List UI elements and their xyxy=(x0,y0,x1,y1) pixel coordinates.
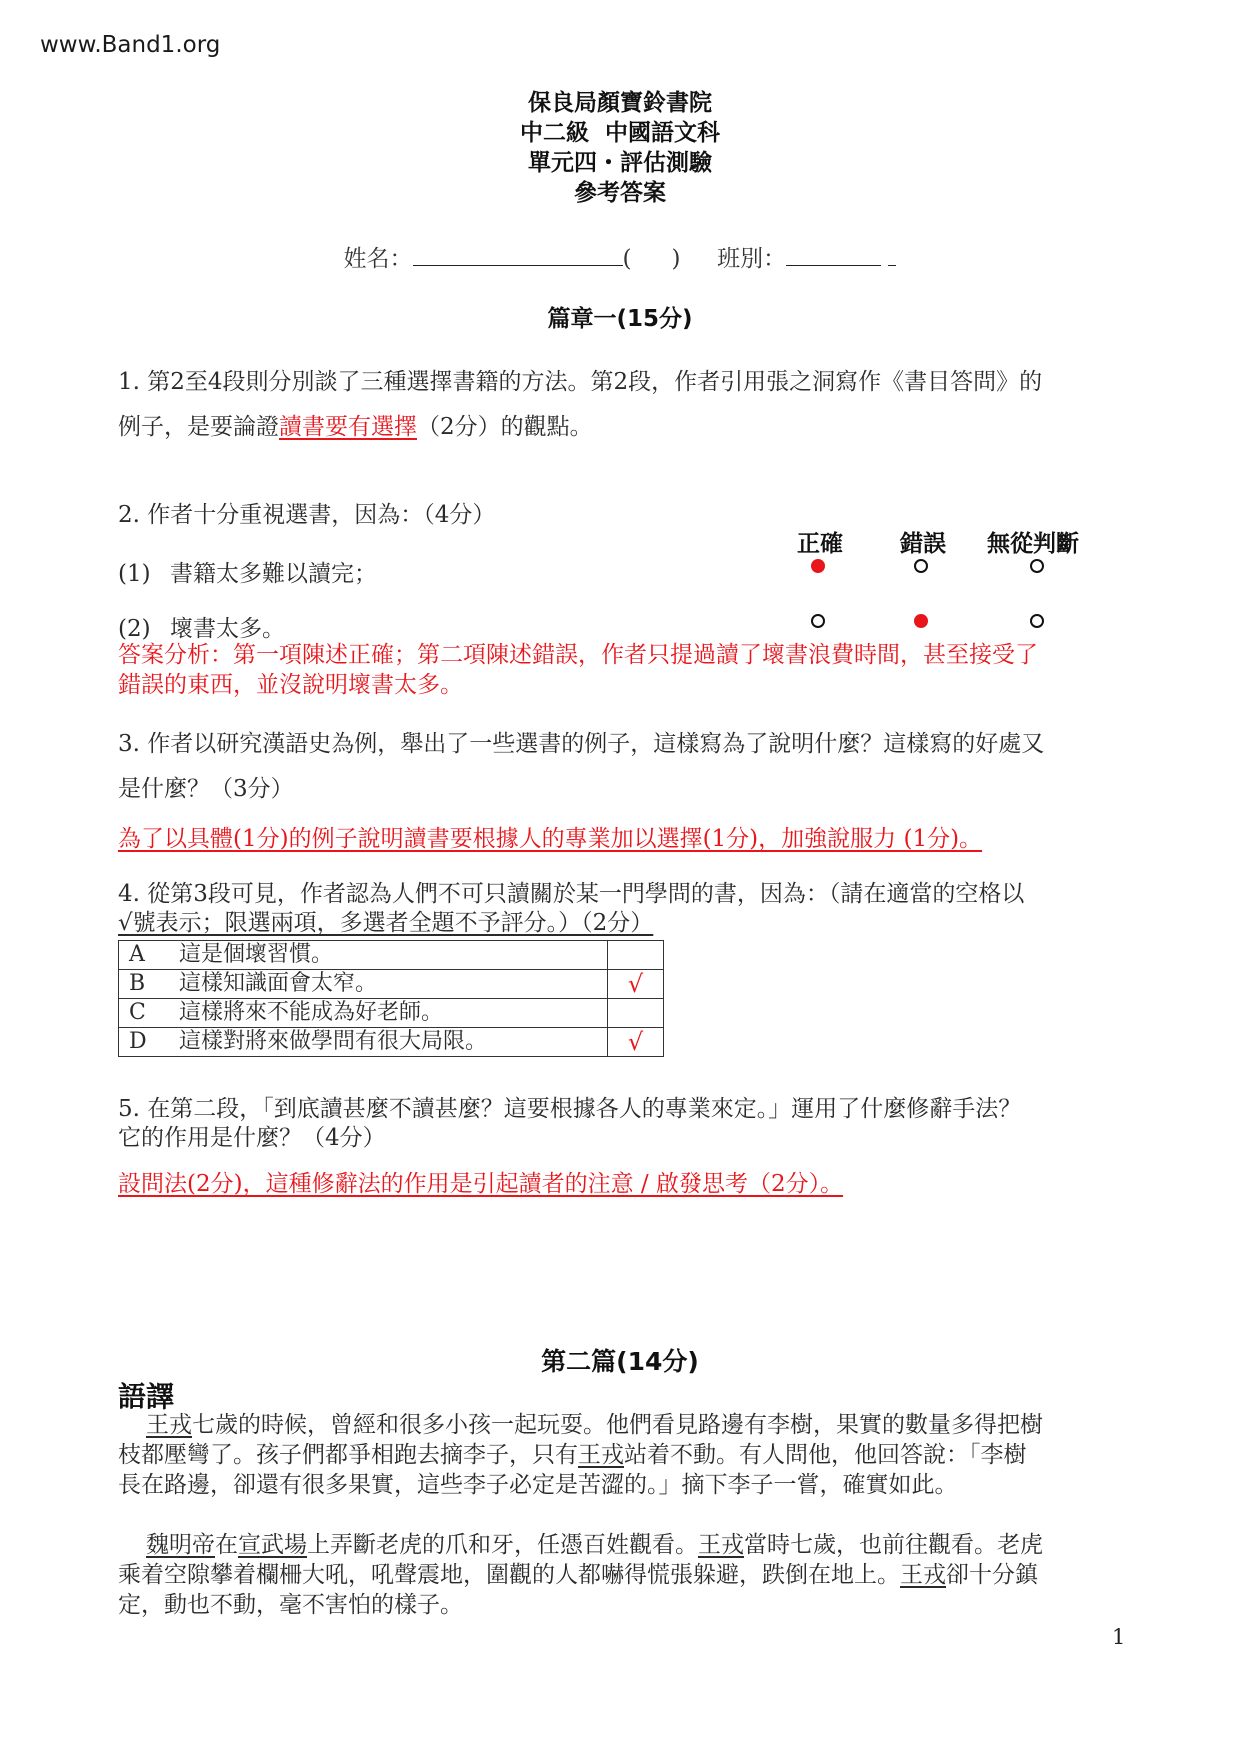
question-4: 4. 從第3段可見，作者認為人們不可只讀關於某一門學問的書，因為：（請在適當的空… xyxy=(118,880,1128,938)
name-label: 姓名： xyxy=(344,246,413,272)
question-2-text: 2. 作者十分重視選書，因為：（4分） xyxy=(118,496,1128,529)
table-row: A這是個壞習慣。 xyxy=(119,941,664,970)
q2-item-1: (1)書籍太多難以讀完； xyxy=(118,555,1128,588)
page-number: 1 xyxy=(1112,1625,1125,1649)
q2-item-2: (2)壞書太多。 xyxy=(118,610,1128,643)
answer-q5: 設問法(2分)，這種修辭法的作用是引起讀者的注意 / 啟發思考（2分）。 xyxy=(118,1165,1128,1198)
col-cannot-judge: 無從判斷 xyxy=(978,525,1088,558)
class-field[interactable] xyxy=(786,247,881,266)
name-field[interactable] xyxy=(413,247,623,266)
table-row: C這樣將來不能成為好老師。 xyxy=(119,999,664,1028)
radio-item2-wrong-selected[interactable] xyxy=(914,614,928,628)
table-row: D這樣對將來做學問有很大局限。 √ xyxy=(119,1028,664,1057)
translation-heading: 語譯 xyxy=(118,1375,174,1415)
radio-item1-cannot-judge[interactable] xyxy=(1030,559,1044,573)
checkbox-option-b[interactable]: √ xyxy=(608,970,664,999)
q4-options-table: A這是個壞習慣。 B這樣知識面會太窄。 √ C這樣將來不能成為好老師。 D這樣對… xyxy=(118,940,664,1057)
answer-q1: 讀書要有選擇 xyxy=(279,414,417,440)
col-correct: 正確 xyxy=(790,525,850,558)
grade-subject: 中二級 中國語文科 xyxy=(0,118,1240,148)
radio-item2-cannot-judge[interactable] xyxy=(1030,614,1044,628)
doc-type: 參考答案 xyxy=(0,178,1240,208)
class-label: 班別： xyxy=(717,246,786,272)
col-wrong: 錯誤 xyxy=(893,525,953,558)
checkbox-option-c[interactable] xyxy=(608,999,664,1028)
translation-paragraph-2: 魏明帝在宣武場上弄斷老虎的爪和牙，任憑百姓觀看。王戎當時七歲，也前往觀看。老虎 … xyxy=(118,1530,1128,1620)
watermark: www.Band1.org xyxy=(40,32,220,58)
question-1: 1. 第2至4段則分別談了三種選擇書籍的方法。第2段，作者引用張之洞寫作《書目答… xyxy=(118,360,1128,450)
section2-title: 第二篇(14分) xyxy=(0,1342,1240,1378)
student-info-line: 姓名：() 班別： xyxy=(0,240,1240,273)
unit-title: 單元四・評估測驗 xyxy=(0,148,1240,178)
q2-answer-analysis: 答案分析：第一項陳述正確；第二項陳述錯誤，作者只提過讀了壞書浪費時間，甚至接受了… xyxy=(118,640,1128,700)
radio-item1-correct-selected[interactable] xyxy=(811,559,825,573)
answer-q3: 為了以具體(1分)的例子說明讀書要根據人的專業加以選擇(1分)，加強說服力 (1… xyxy=(118,820,1128,853)
table-row: B這樣知識面會太窄。 √ xyxy=(119,970,664,999)
radio-item1-wrong[interactable] xyxy=(914,559,928,573)
checkbox-option-d[interactable]: √ xyxy=(608,1028,664,1057)
question-3: 3. 作者以研究漢語史為例，舉出了一些選書的例子，這樣寫為了說明什麼？這樣寫的好… xyxy=(118,722,1128,812)
section1-title: 篇章一(15分) xyxy=(0,300,1240,333)
translation-paragraph-1: 王戎七歲的時候，曾經和很多小孩一起玩耍。他們看見路邊有李樹，果實的數量多得把樹 … xyxy=(118,1410,1128,1500)
radio-item2-correct[interactable] xyxy=(811,614,825,628)
question-5: 5. 在第二段，「到底讀甚麼不讀甚麼？這要根據各人的專業來定。」運用了什麼修辭手… xyxy=(118,1095,1128,1153)
school-name: 保良局顏寶鈴書院 xyxy=(0,88,1240,118)
checkbox-option-a[interactable] xyxy=(608,941,664,970)
document-header: 保良局顏寶鈴書院 中二級 中國語文科 單元四・評估測驗 參考答案 xyxy=(0,88,1240,208)
